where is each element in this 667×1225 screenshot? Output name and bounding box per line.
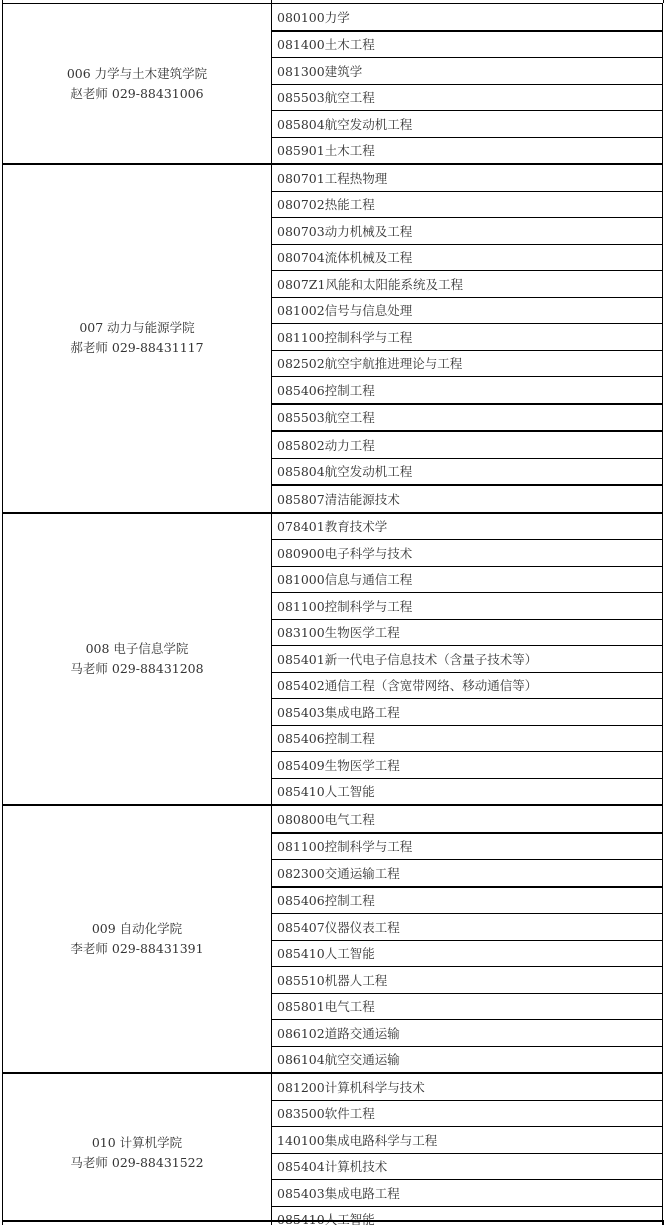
major-cell: 082502航空宇航推进理论与工程 (272, 350, 663, 377)
college-name: 007 动力与能源学院 (3, 318, 271, 338)
college-cell: 010 计算机学院马老师 029-88431522 (3, 1073, 272, 1225)
table-row: 007 动力与能源学院郝老师 029-88431117080701工程热物理 (3, 164, 663, 191)
college-contact: 马老师 029-88431208 (3, 659, 271, 679)
major-cell: 085503航空工程 (272, 84, 663, 111)
major-cell: 085901土木工程 (272, 137, 663, 164)
major-cell: 085406控制工程 (272, 377, 663, 404)
major-cell: 085402通信工程（含宽带网络、移动通信等） (272, 672, 663, 699)
major-cell: 085409生物医学工程 (272, 752, 663, 779)
major-cell: 080800电气工程 (272, 805, 663, 833)
major-cell: 085410人工智能 (272, 778, 663, 805)
major-cell: 081400土木工程 (272, 31, 663, 58)
major-cell: 085401新一代电子信息技术（含量子技术等） (272, 646, 663, 673)
college-name: 009 自动化学院 (3, 919, 271, 939)
table-row: 006 力学与土木建筑学院赵老师 029-88431006080100力学 (3, 4, 663, 31)
college-name: 010 计算机学院 (3, 1133, 271, 1153)
college-contact: 李老师 029-88431391 (3, 939, 271, 959)
major-cell: 082300交通运输工程 (272, 860, 663, 887)
college-contact: 郝老师 029-88431117 (3, 338, 271, 358)
major-cell: 085407仪器仪表工程 (272, 914, 663, 941)
major-cell: 0807Z1风能和太阳能系统及工程 (272, 271, 663, 298)
major-cell: 081100控制科学与工程 (272, 324, 663, 351)
major-cell: 085403集成电路工程 (272, 1180, 663, 1207)
table-bottom-edge (2, 1220, 664, 1225)
college-contact: 马老师 029-88431522 (3, 1153, 271, 1173)
major-cell: 085510机器人工程 (272, 967, 663, 994)
table-row: 009 自动化学院李老师 029-88431391080800电气工程 (3, 805, 663, 833)
major-cell: 085503航空工程 (272, 404, 663, 432)
college-name: 006 力学与土木建筑学院 (3, 64, 271, 84)
major-cell: 081100控制科学与工程 (272, 833, 663, 860)
major-cell: 085802动力工程 (272, 431, 663, 458)
major-cell: 081002信号与信息处理 (272, 297, 663, 324)
major-cell: 085406控制工程 (272, 887, 663, 914)
major-cell: 081300建筑学 (272, 58, 663, 85)
major-cell: 080703动力机械及工程 (272, 218, 663, 245)
major-cell: 081100控制科学与工程 (272, 593, 663, 620)
major-cell: 086104航空交通运输 (272, 1046, 663, 1073)
major-cell: 085410人工智能 (272, 940, 663, 967)
major-cell: 083100生物医学工程 (272, 619, 663, 646)
table-row: 008 电子信息学院马老师 029-88431208078401教育技术学 (3, 513, 663, 540)
major-cell: 081000信息与通信工程 (272, 566, 663, 593)
major-cell: 080701工程热物理 (272, 164, 663, 191)
major-cell: 080900电子科学与技术 (272, 540, 663, 567)
major-cell: 078401教育技术学 (272, 513, 663, 540)
college-cell: 007 动力与能源学院郝老师 029-88431117 (3, 164, 272, 513)
major-cell: 085406控制工程 (272, 725, 663, 752)
college-contact: 赵老师 029-88431006 (3, 84, 271, 104)
college-majors-table: 006 力学与土木建筑学院赵老师 029-88431006080100力学081… (2, 3, 663, 1225)
major-cell: 080100力学 (272, 4, 663, 31)
major-cell: 085801电气工程 (272, 993, 663, 1020)
college-cell: 006 力学与土木建筑学院赵老师 029-88431006 (3, 4, 272, 165)
major-cell: 140100集成电路科学与工程 (272, 1127, 663, 1154)
major-cell: 085804航空发动机工程 (272, 458, 663, 485)
college-name: 008 电子信息学院 (3, 639, 271, 659)
major-cell: 085404计算机技术 (272, 1153, 663, 1180)
major-cell: 080704流体机械及工程 (272, 244, 663, 271)
major-cell: 085403集成电路工程 (272, 699, 663, 726)
major-cell: 081200计算机科学与技术 (272, 1073, 663, 1100)
major-cell: 085804航空发动机工程 (272, 111, 663, 138)
college-cell: 009 自动化学院李老师 029-88431391 (3, 805, 272, 1073)
major-cell: 080702热能工程 (272, 191, 663, 218)
major-cell: 086102道路交通运输 (272, 1020, 663, 1047)
major-cell: 083500软件工程 (272, 1100, 663, 1127)
college-cell: 008 电子信息学院马老师 029-88431208 (3, 513, 272, 806)
table-row: 010 计算机学院马老师 029-88431522081200计算机科学与技术 (3, 1073, 663, 1100)
major-cell: 085807清洁能源技术 (272, 485, 663, 513)
